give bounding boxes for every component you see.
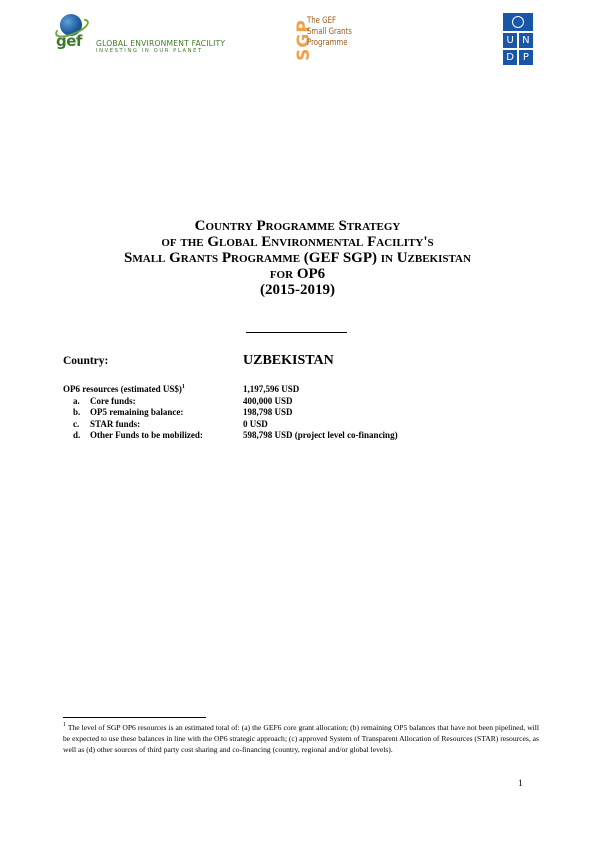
sgp-line-3: Programme — [307, 38, 352, 49]
undp-letter: U — [503, 33, 517, 48]
title-line-3: Small Grants Programme (GEF SGP) in Uzbe… — [0, 250, 595, 266]
resources-table: OP6 resources (estimated US$)1 1,197,596… — [63, 384, 398, 442]
sgp-logo: SGP The GEF Small Grants Programme — [291, 16, 381, 66]
title-divider — [246, 332, 347, 333]
resources-total-row: OP6 resources (estimated US$)1 1,197,596… — [63, 384, 398, 396]
sgp-text: The GEF Small Grants Programme — [307, 16, 352, 49]
footnote: 1 The level of SGP OP6 resources is an e… — [63, 722, 539, 755]
resources-item-row: c.STAR funds: 0 USD — [63, 419, 398, 431]
undp-logo: U N D P — [503, 13, 533, 65]
un-emblem-icon — [512, 16, 524, 28]
resources-item-row: d.Other Funds to be mobilized: 598,798 U… — [63, 430, 398, 442]
title-line-1: Country Programme Strategy — [0, 218, 595, 234]
country-value: UZBEKISTAN — [243, 353, 334, 369]
title-line-2: of the Global Environmental Facility's — [0, 234, 595, 250]
title-line-4: for OP6 — [0, 266, 595, 282]
header-logos: gef GLOBAL ENVIRONMENT FACILITY INVESTIN… — [0, 0, 595, 80]
page-number: 1 — [518, 779, 523, 789]
footnote-divider — [63, 717, 206, 718]
sgp-line-1: The GEF — [307, 16, 352, 27]
gef-tagline: INVESTING IN OUR PLANET — [96, 48, 203, 54]
gef-logo: gef GLOBAL ENVIRONMENT FACILITY INVESTIN… — [56, 14, 246, 54]
gef-wordmark: gef — [56, 32, 82, 50]
title-years: (2015-2019) — [0, 282, 595, 298]
footnote-text: The level of SGP OP6 resources is an est… — [63, 723, 539, 754]
footnote-number: 1 — [63, 722, 66, 728]
sgp-line-2: Small Grants — [307, 27, 352, 38]
document-title: Country Programme Strategy of the Global… — [0, 218, 595, 298]
country-label: Country: — [63, 355, 108, 367]
gef-name: GLOBAL ENVIRONMENT FACILITY — [96, 39, 225, 48]
resources-item-row: a.Core funds: 400,000 USD — [63, 396, 398, 408]
resources-label: OP6 resources (estimated US$) — [63, 384, 182, 394]
resources-item-row: b.OP5 remaining balance: 198,798 USD — [63, 407, 398, 419]
undp-letter: D — [503, 50, 517, 65]
footnote-ref[interactable]: 1 — [182, 384, 185, 390]
resources-value: 1,197,596 USD — [243, 384, 299, 396]
undp-letter: P — [519, 50, 533, 65]
undp-letter: N — [519, 33, 533, 48]
